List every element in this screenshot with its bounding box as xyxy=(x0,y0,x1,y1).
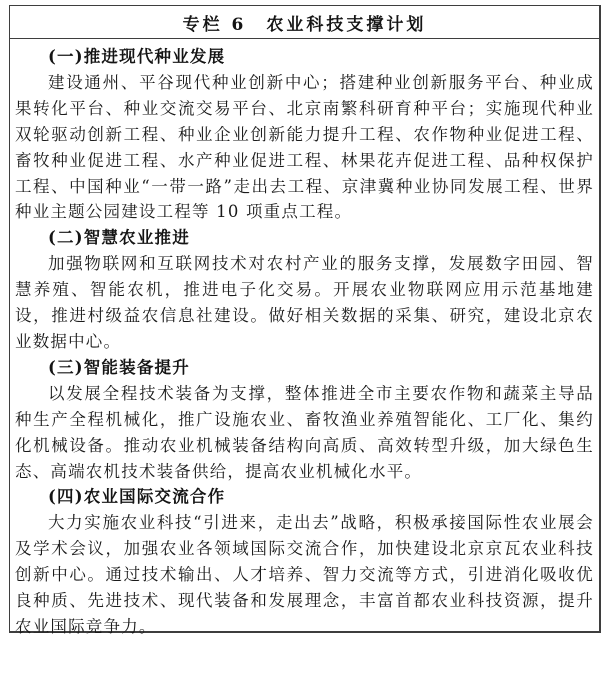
section-paragraph: 以发展全程技术装备为支撑，整体推进全市主要农作物和蔬菜主导品种生产全程机械化，推… xyxy=(15,381,594,485)
section: (四)农业国际交流合作大力实施农业科技“引进来，走出去”战略，积极承接国际性农业… xyxy=(15,484,594,639)
section-heading: (一)推进现代种业发展 xyxy=(15,44,594,70)
section-paragraph: 大力实施农业科技“引进来，走出去”战略，积极承接国际性农业展会及学术会议，加强农… xyxy=(15,510,594,640)
section-paragraph: 建设通州、平谷现代种业创新中心；搭建种业创新服务平台、种业成果转化平台、种业交流… xyxy=(15,70,594,225)
section: (一)推进现代种业发展建设通州、平谷现代种业创新中心；搭建种业创新服务平台、种业… xyxy=(15,44,594,225)
section-heading: (三)智能装备提升 xyxy=(15,355,594,381)
column-box: 专栏 6 农业科技支撑计划 (一)推进现代种业发展建设通州、平谷现代种业创新中心… xyxy=(9,5,601,633)
section-heading: (二)智慧农业推进 xyxy=(15,225,594,251)
section-heading: (四)农业国际交流合作 xyxy=(15,484,594,510)
column-box-body: (一)推进现代种业发展建设通州、平谷现代种业创新中心；搭建种业创新服务平台、种业… xyxy=(10,39,599,640)
column-box-title: 专栏 6 农业科技支撑计划 xyxy=(10,6,599,39)
section: (三)智能装备提升以发展全程技术装备为支撑，整体推进全市主要农作物和蔬菜主导品种… xyxy=(15,355,594,485)
section-paragraph: 加强物联网和互联网技术对农村产业的服务支撑，发展数字田园、智慧养殖、智能农机，推… xyxy=(15,251,594,355)
section: (二)智慧农业推进加强物联网和互联网技术对农村产业的服务支撑，发展数字田园、智慧… xyxy=(15,225,594,355)
